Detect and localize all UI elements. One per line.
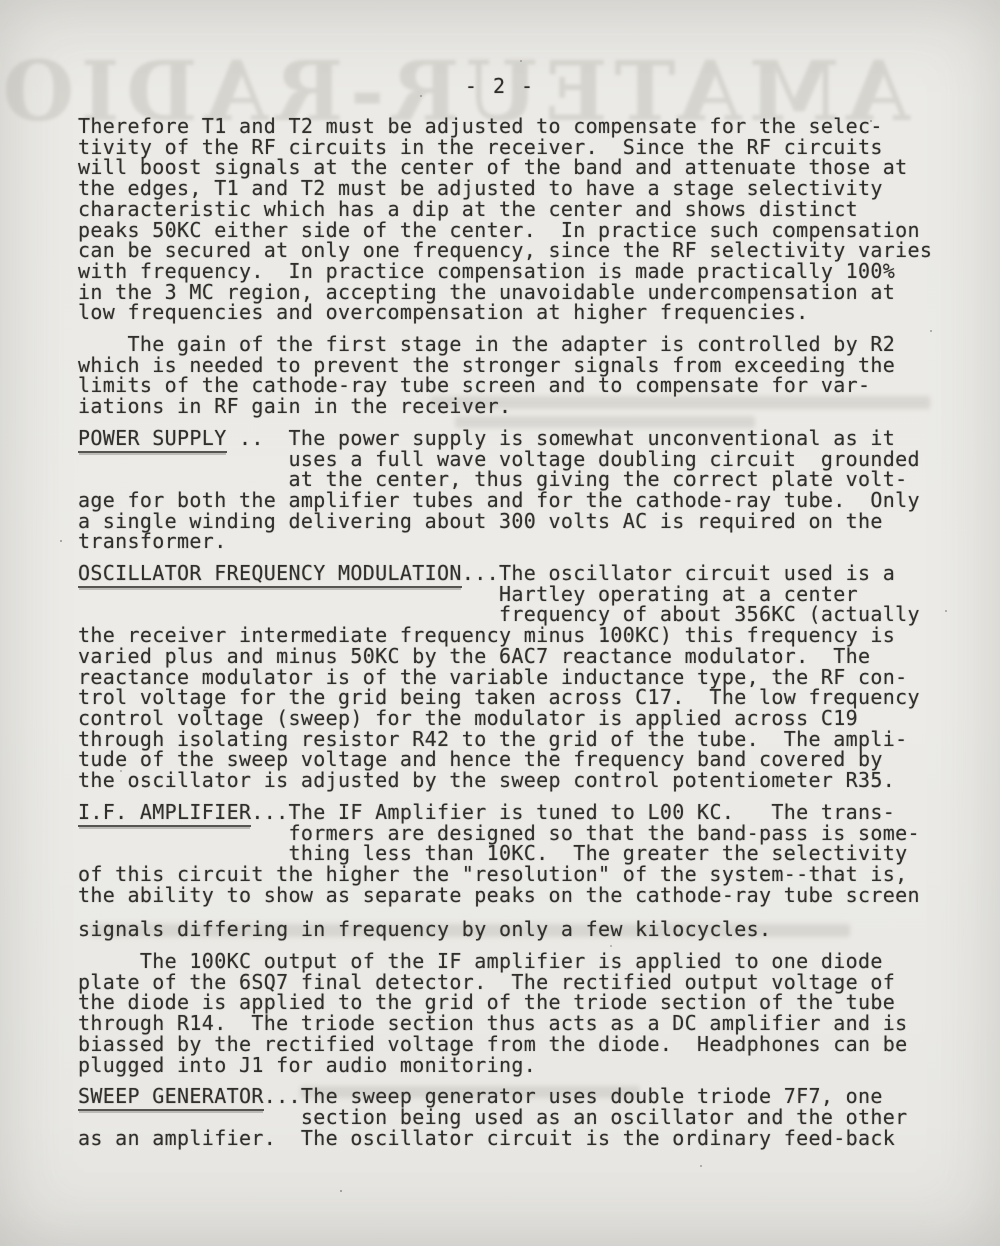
intro-paragraph: Therefore T1 and T2 must be adjusted to …	[78, 116, 958, 323]
page-number: - 2 -	[0, 74, 1000, 98]
text-line: low frequencies and overcompensation at …	[78, 302, 958, 323]
text-line: the oscillator is adjusted by the sweep …	[78, 770, 958, 791]
text-line: can be secured at only one frequency, si…	[78, 240, 958, 261]
text-line: limits of the cathode-ray tube screen an…	[78, 375, 958, 396]
text-line: tivity of the RF circuits in the receive…	[78, 137, 958, 158]
text-line: plate of the 6SQ7 final detector. The re…	[78, 972, 958, 993]
text-line: The 100KC output of the IF amplifier is …	[78, 951, 958, 972]
text-line: plugged into J1 for audio monitoring.	[78, 1055, 958, 1076]
power-supply-section: POWER SUPPLY .. The power supply is some…	[78, 428, 958, 552]
text-line: through R14. The triode section thus act…	[78, 1013, 958, 1034]
gain-paragraph: The gain of the first stage in the adapt…	[78, 334, 958, 417]
text-line: tude of the sweep voltage and hence the …	[78, 749, 958, 770]
text-line: thing less than 10KC. The greater the se…	[78, 843, 958, 864]
text-line: through isolating resistor R42 to the gr…	[78, 729, 958, 750]
text-line: frequency of about 356KC (actually	[78, 604, 958, 625]
text-line: biassed by the rectified voltage from th…	[78, 1034, 958, 1055]
text-line: Hartley operating at a center	[78, 584, 958, 605]
text-line: with frequency. In practice compensation…	[78, 261, 958, 282]
text-line: signals differing in frequency by only a…	[78, 919, 958, 940]
text-line: in the 3 MC region, accepting the unavoi…	[78, 282, 958, 303]
text-line: varied plus and minus 50KC by the 6AC7 r…	[78, 646, 958, 667]
text-line: will boost signals at the center of the …	[78, 157, 958, 178]
oscillator-fm-section: OSCILLATOR FREQUENCY MODULATION...The os…	[78, 563, 958, 791]
text-line: the edges, T1 and T2 must be adjusted to…	[78, 178, 958, 199]
text-line: POWER SUPPLY .. The power supply is some…	[78, 428, 958, 449]
if-amplifier-section: I.F. AMPLIFIER...The IF Amplifier is tun…	[78, 802, 958, 906]
text-line: control voltage (sweep) for the modulato…	[78, 708, 958, 729]
text-line: transformer.	[78, 531, 958, 552]
text-line: a single winding delivering about 300 vo…	[78, 511, 958, 532]
text-line: peaks 50KC either side of the center. In…	[78, 220, 958, 241]
text-line: the receiver intermediate frequency minu…	[78, 625, 958, 646]
text-line: of this circuit the higher the "resoluti…	[78, 864, 958, 885]
text-line: the diode is applied to the grid of the …	[78, 992, 958, 1013]
text-line: Therefore T1 and T2 must be adjusted to …	[78, 116, 958, 137]
signals-line: signals differing in frequency by only a…	[78, 919, 958, 940]
text-line: characteristic which has a dip at the ce…	[78, 199, 958, 220]
text-line: SWEEP GENERATOR...The sweep generator us…	[78, 1086, 958, 1107]
text-line: which is needed to prevent the stronger …	[78, 355, 958, 376]
text-line: I.F. AMPLIFIER...The IF Amplifier is tun…	[78, 802, 958, 823]
text-line: iations in RF gain in the receiver.	[78, 396, 958, 417]
text-line: section being used as an oscillator and …	[78, 1107, 958, 1128]
text-line: at the center, thus giving the correct p…	[78, 469, 958, 490]
text-line: as an amplifier. The oscillator circuit …	[78, 1128, 958, 1149]
text-line: uses a full wave voltage doubling circui…	[78, 449, 958, 470]
text-line: formers are designed so that the band-pa…	[78, 823, 958, 844]
text-line: reactance modulator is of the variable i…	[78, 667, 958, 688]
document-body: Therefore T1 and T2 must be adjusted to …	[78, 116, 958, 1159]
text-line: OSCILLATOR FREQUENCY MODULATION...The os…	[78, 563, 958, 584]
scan-noise-speckles	[0, 0, 2, 2]
text-line: age for both the amplifier tubes and for…	[78, 490, 958, 511]
detector-paragraph: The 100KC output of the IF amplifier is …	[78, 951, 958, 1075]
sweep-generator-section: SWEEP GENERATOR...The sweep generator us…	[78, 1086, 958, 1148]
text-line: the ability to show as separate peaks on…	[78, 885, 958, 906]
text-line: trol voltage for the grid being taken ac…	[78, 687, 958, 708]
text-line: The gain of the first stage in the adapt…	[78, 334, 958, 355]
scanned-page: AMATEUR-RADIO - 2 - Therefore T1 and T2 …	[0, 0, 1000, 1246]
